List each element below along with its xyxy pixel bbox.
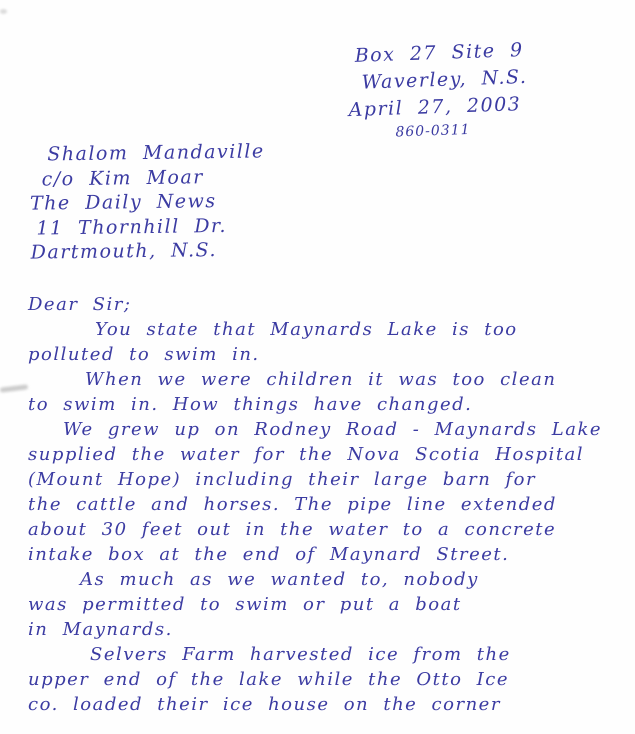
scan-smudge: [0, 384, 28, 392]
salutation: Dear Sir;: [28, 292, 623, 317]
recipient-address-block: Shalom Mandaville c/o Kim Moar The Daily…: [29, 139, 266, 265]
body-line: supplied the water for the Nova Scotia H…: [28, 442, 623, 467]
recipient-line: Shalom Mandaville: [47, 139, 265, 167]
paragraph: When we were children it was too clean t…: [28, 367, 623, 417]
body-line: When we were children it was too clean: [28, 367, 623, 392]
body-line: to swim in. How things have changed.: [28, 392, 623, 417]
paragraph: As much as we wanted to, nobody was perm…: [28, 567, 623, 642]
body-line: intake box at the end of Maynard Street.: [28, 542, 623, 567]
body-line: in Maynards.: [28, 617, 623, 642]
recipient-line: Dartmouth, N.S.: [31, 237, 267, 265]
recipient-line: 11 Thornhill Dr.: [36, 213, 266, 241]
recipient-line: The Daily News: [30, 188, 266, 216]
body-line: As much as we wanted to, nobody: [28, 567, 623, 592]
body-line: (Mount Hope) including their large barn …: [28, 467, 623, 492]
paragraph: Selvers Farm harvested ice from the uppe…: [28, 642, 623, 717]
letter-page: Box 27 Site 9 Waverley, N.S. April 27, 2…: [0, 0, 635, 734]
body-line: upper end of the lake while the Otto Ice: [28, 667, 623, 692]
body-line: polluted to swim in.: [28, 342, 623, 367]
body-line: We grew up on Rodney Road - Maynards Lak…: [28, 417, 623, 442]
body-line: You state that Maynards Lake is too: [28, 317, 623, 342]
return-address-block: Box 27 Site 9 Waverley, N.S. April 27, 2…: [346, 37, 529, 144]
body-line: was permitted to swim or put a boat: [28, 592, 623, 617]
body-line: co. loaded their ice house on the corner: [28, 692, 623, 717]
phone-number: 860-0311: [395, 118, 529, 143]
paragraph: You state that Maynards Lake is too poll…: [28, 317, 623, 367]
paragraph: We grew up on Rodney Road - Maynards Lak…: [28, 417, 623, 567]
scan-mark: [0, 9, 7, 14]
body-line: the cattle and horses. The pipe line ext…: [28, 492, 623, 517]
recipient-line: c/o Kim Moar: [41, 164, 265, 192]
body-line: Selvers Farm harvested ice from the: [28, 642, 623, 667]
body-line: about 30 feet out in the water to a conc…: [28, 517, 623, 542]
letter-body: Dear Sir; You state that Maynards Lake i…: [28, 292, 623, 717]
